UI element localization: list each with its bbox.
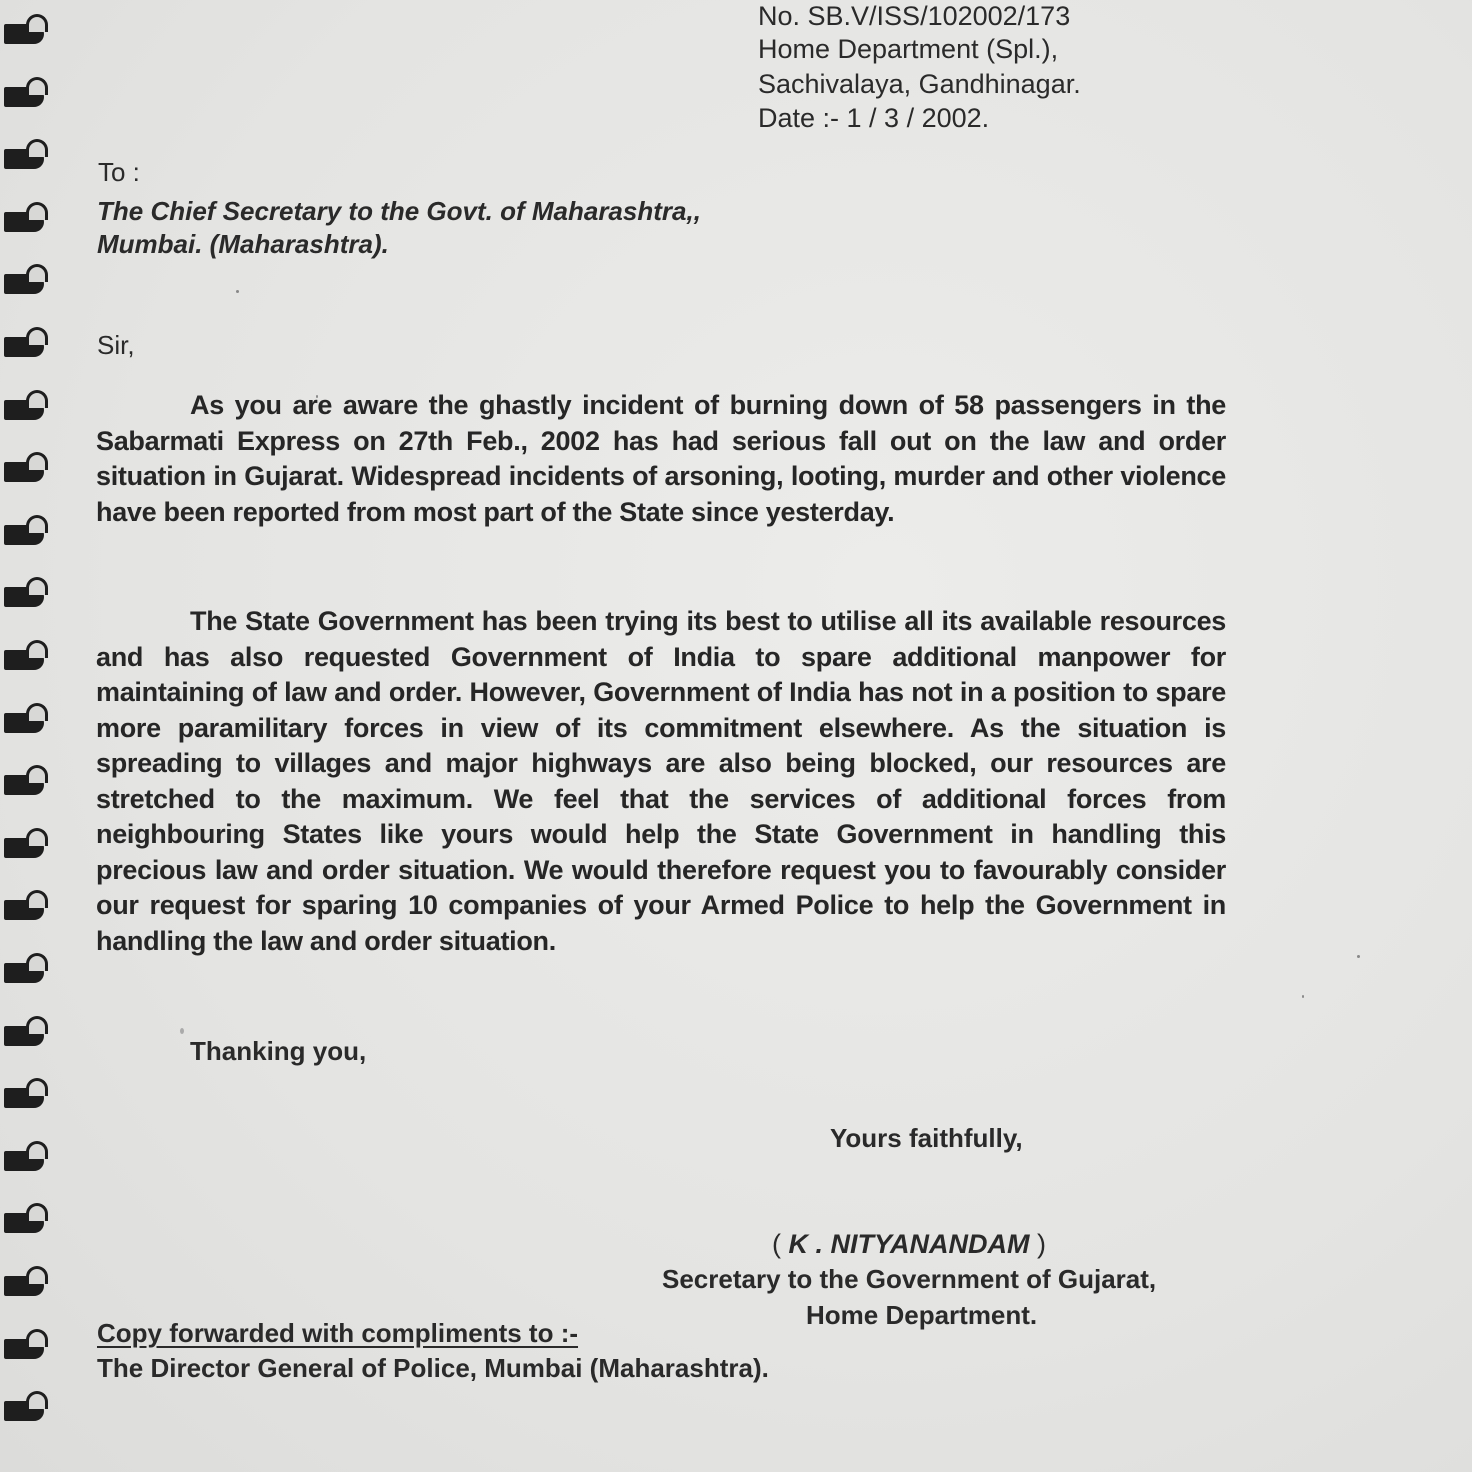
binding-hole-icon [4,1203,48,1233]
binding-hole-icon [4,703,48,733]
salutation: Sir, [97,330,135,361]
binding-hole-icon [4,139,48,169]
letter-page: No. SB.V/ISS/102002/173 Home Department … [0,0,1472,1472]
thanks-line: Thanking you, [190,1036,366,1067]
binding-hole-icon [4,77,48,107]
copy-heading: Copy forwarded with compliments to :- [97,1318,578,1349]
binding-hole-icon [4,202,48,232]
spiral-binding [0,0,60,1472]
scan-speck [1357,955,1360,958]
binding-hole-icon [4,1141,48,1171]
binding-hole-icon [4,1266,48,1296]
scan-speck [1302,995,1304,998]
binding-hole-icon [4,577,48,607]
letter-date: Date :- 1 / 3 / 2002. [758,102,989,134]
department-line: Home Department (Spl.), [758,33,1058,65]
reference-number: No. SB.V/ISS/102002/173 [758,0,1070,32]
binding-hole-icon [4,953,48,983]
recipient-line-1: The Chief Secretary to the Govt. of Maha… [97,196,701,227]
binding-hole-icon [4,1078,48,1108]
binding-hole-icon [4,264,48,294]
scan-speck [180,1028,184,1034]
signatory-name: K . NITYANANDAM [789,1229,1030,1259]
binding-hole-icon [4,14,48,44]
recipient-line-2: Mumbai. (Maharashtra). [97,229,389,260]
binding-hole-icon [4,765,48,795]
binding-hole-icon [4,515,48,545]
binding-hole-icon [4,1016,48,1046]
to-label: To : [98,157,140,188]
binding-hole-icon [4,1391,48,1421]
binding-hole-icon [4,828,48,858]
body-paragraph-1: As you are aware the ghastly incident of… [96,388,1226,530]
signatory-paren-open: ( [772,1229,789,1259]
valediction: Yours faithfully, [830,1123,1023,1154]
signatory-name-block: ( K . NITYANANDAM ) [772,1228,1046,1260]
scan-speck [316,395,318,398]
binding-hole-icon [4,390,48,420]
binding-hole-icon [4,452,48,482]
copy-recipient: The Director General of Police, Mumbai (… [97,1353,769,1384]
address-line: Sachivalaya, Gandhinagar. [758,68,1081,100]
binding-hole-icon [4,640,48,670]
signatory-paren-close: ) [1029,1229,1046,1259]
scan-speck [236,290,239,293]
binding-hole-icon [4,327,48,357]
binding-hole-icon [4,1329,48,1359]
signatory-department: Home Department. [806,1300,1037,1331]
body-paragraph-2: The State Government has been trying its… [96,604,1226,959]
signatory-title: Secretary to the Government of Gujarat, [662,1264,1156,1295]
binding-hole-icon [4,890,48,920]
